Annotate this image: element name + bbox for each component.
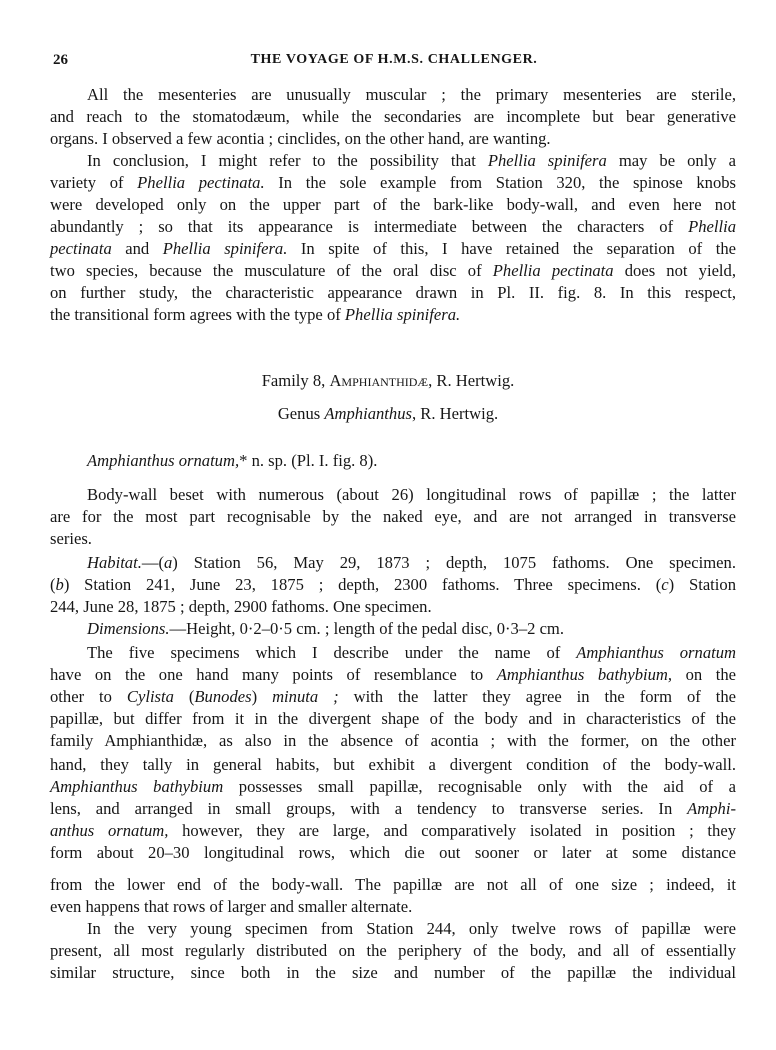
text-segment: * n. sp. (Pl. I. fig. 8). xyxy=(239,451,377,470)
text-segment: possesses small papillæ, recognisable on… xyxy=(223,777,736,796)
text-line: papillæ, but differ from it in the diver… xyxy=(50,708,736,730)
text-line: series. xyxy=(50,528,736,550)
text-segment: Family 8, xyxy=(262,371,330,390)
text-segment: The five specimens which I describe unde… xyxy=(87,643,576,662)
text-line: organs. I observed a few acontia ; cincl… xyxy=(50,128,736,150)
text-line: even happens that rows of larger and sma… xyxy=(50,896,736,918)
text-line: two species, because the musculature of … xyxy=(50,260,736,282)
italic-text: Bunodes xyxy=(194,687,251,706)
text-segment: abundantly ; so that its appearance is i… xyxy=(50,217,688,236)
text-line: Amphianthus bathybium possesses small pa… xyxy=(50,776,736,798)
italic-text: Dimensions. xyxy=(87,619,170,638)
text-line: Habitat.—(a) Station 56, May 29, 1873 ; … xyxy=(87,552,736,574)
text-line: present, all most regularly distributed … xyxy=(50,940,736,962)
text-line: (b) Station 241, June 23, 1875 ; depth, … xyxy=(50,574,736,596)
text-segment: ) Station 241, June 23, 1875 ; depth, 23… xyxy=(64,575,661,594)
text-line: anthus ornatum, however, they are large,… xyxy=(50,820,736,842)
italic-text: Amphianthus xyxy=(324,404,412,423)
text-line: Body-wall beset with numerous (about 26)… xyxy=(87,484,736,506)
running-title: THE VOYAGE OF H.M.S. CHALLENGER. xyxy=(53,52,735,68)
species-heading: Amphianthus ornatum,* n. sp. (Pl. I. fig… xyxy=(87,450,736,472)
text-line: form about 20–30 longitudinal rows, whic… xyxy=(50,842,736,864)
italic-text: Phellia xyxy=(688,217,736,236)
text-line: from the lower end of the body-wall. The… xyxy=(50,874,736,896)
text-line: were developed only on the upper part of… xyxy=(50,194,736,216)
text-segment: the transitional form agrees with the ty… xyxy=(50,305,345,324)
italic-text: minuta ; xyxy=(272,687,339,706)
text-segment: —( xyxy=(142,553,164,572)
italic-text: Habitat. xyxy=(87,553,142,572)
text-line: the transitional form agrees with the ty… xyxy=(50,304,736,326)
text-segment: series. xyxy=(50,529,92,548)
text-segment: Amphianthidæ xyxy=(329,371,428,390)
italic-text: c xyxy=(661,575,668,594)
document-page: 26 THE VOYAGE OF H.M.S. CHALLENGER. All … xyxy=(0,0,776,1050)
italic-text: Phellia pectinata xyxy=(493,261,614,280)
text-line: lens, and arranged in small groups, with… xyxy=(50,798,736,820)
text-line: family Amphianthidæ, as also in the abse… xyxy=(50,730,736,752)
text-line: other to Cylista (Bunodes) minuta ; with… xyxy=(50,686,736,708)
text-segment: In spite of this, I have retained the se… xyxy=(287,239,736,258)
text-segment: on the xyxy=(672,665,736,684)
italic-text: Amphianthus bathybium, xyxy=(497,665,672,684)
text-segment: 244, June 28, 1875 ; depth, 2900 fathoms… xyxy=(50,597,432,616)
text-segment: from the lower end of the body-wall. The… xyxy=(50,875,736,894)
text-line: variety of Phellia pectinata. In the sol… xyxy=(50,172,736,194)
italic-text: Cylista xyxy=(127,687,174,706)
text-segment: does not yield, xyxy=(614,261,736,280)
text-segment: were developed only on the upper part of… xyxy=(50,195,736,214)
text-line: and reach to the stomatodæum, while the … xyxy=(50,106,736,128)
text-segment: hand, they tally in general habits, but … xyxy=(50,755,736,774)
text-segment: organs. I observed a few acontia ; cincl… xyxy=(50,129,551,148)
italic-text: Phellia spinifera. xyxy=(345,305,460,324)
text-segment: two species, because the musculature of … xyxy=(50,261,493,280)
text-line: In conclusion, I might refer to the poss… xyxy=(87,150,736,172)
text-segment: —Height, 0·2–0·5 cm. ; length of the ped… xyxy=(170,619,564,638)
italic-text: pectinata xyxy=(50,239,112,258)
text-line: 244, June 28, 1875 ; depth, 2900 fathoms… xyxy=(50,596,736,618)
text-segment: lens, and arranged in small groups, with… xyxy=(50,799,687,818)
text-segment: All the mesenteries are unusually muscul… xyxy=(87,85,736,104)
family-heading: Family 8, Amphianthidæ, R. Hertwig. xyxy=(0,370,776,392)
text-segment: and xyxy=(112,239,163,258)
text-line: abundantly ; so that its appearance is i… xyxy=(50,216,736,238)
text-line: All the mesenteries are unusually muscul… xyxy=(87,84,736,106)
italic-text: Phellia pectinata. xyxy=(137,173,264,192)
italic-text: Amphianthus ornatum, xyxy=(87,451,239,470)
text-line: Dimensions.—Height, 0·2–0·5 cm. ; length… xyxy=(87,618,736,640)
text-segment: ( xyxy=(174,687,194,706)
genus-heading: Genus Amphianthus, R. Hertwig. xyxy=(0,403,776,425)
text-line: hand, they tally in general habits, but … xyxy=(50,754,736,776)
text-segment: even happens that rows of larger and sma… xyxy=(50,897,412,916)
text-line: similar structure, since both in the siz… xyxy=(50,962,736,984)
text-segment: ) xyxy=(252,687,272,706)
italic-text: Amphi- xyxy=(687,799,736,818)
text-segment: variety of xyxy=(50,173,137,192)
italic-text: Phellia spinifera. xyxy=(163,239,288,258)
text-segment: , R. Hertwig. xyxy=(412,404,498,423)
text-segment: , R. Hertwig. xyxy=(428,371,514,390)
text-line: are for the most part recognisable by th… xyxy=(50,506,736,528)
italic-text: b xyxy=(56,575,64,594)
text-line: In the very young specimen from Station … xyxy=(87,918,736,940)
text-line: pectinata and Phellia spinifera. In spit… xyxy=(50,238,736,260)
text-segment: In conclusion, I might refer to the poss… xyxy=(87,151,488,170)
text-segment: are for the most part recognisable by th… xyxy=(50,507,736,526)
text-segment: present, all most regularly distributed … xyxy=(50,941,736,960)
text-segment: with the latter they agree in the form o… xyxy=(339,687,736,706)
text-segment: have on the one hand many points of rese… xyxy=(50,665,497,684)
text-segment: similar structure, since both in the siz… xyxy=(50,963,736,982)
text-segment: ) Station xyxy=(669,575,736,594)
text-segment: In the very young specimen from Station … xyxy=(87,919,736,938)
text-segment: papillæ, but differ from it in the diver… xyxy=(50,709,736,728)
text-segment: form about 20–30 longitudinal rows, whic… xyxy=(50,843,736,862)
italic-text: Amphianthus bathybium xyxy=(50,777,223,796)
text-line: The five specimens which I describe unde… xyxy=(87,642,736,664)
text-segment: ) Station 56, May 29, 1873 ; depth, 1075… xyxy=(172,553,736,572)
text-segment: on further study, the characteristic app… xyxy=(50,283,736,302)
text-segment: family Amphianthidæ, as also in the abse… xyxy=(50,731,736,750)
text-segment: however, they are large, and comparative… xyxy=(168,821,736,840)
page-header: 26 THE VOYAGE OF H.M.S. CHALLENGER. xyxy=(53,52,735,72)
italic-text: Phellia spinifera xyxy=(488,151,607,170)
text-segment: and reach to the stomatodæum, while the … xyxy=(50,107,736,126)
text-segment: Body-wall beset with numerous (about 26)… xyxy=(87,485,736,504)
italic-text: Amphianthus ornatum xyxy=(576,643,736,662)
text-segment: other to xyxy=(50,687,127,706)
text-segment: Genus xyxy=(278,404,325,423)
text-segment: may be only a xyxy=(607,151,736,170)
text-segment: In the sole example from Station 320, th… xyxy=(265,173,736,192)
italic-text: anthus ornatum, xyxy=(50,821,168,840)
text-line: on further study, the characteristic app… xyxy=(50,282,736,304)
text-line: have on the one hand many points of rese… xyxy=(50,664,736,686)
